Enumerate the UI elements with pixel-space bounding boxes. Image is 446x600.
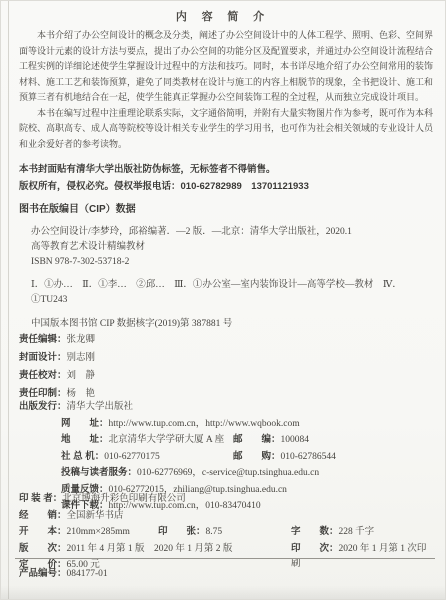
field-value: http://www.tup.com.cn，http://www.wqbook.…: [109, 419, 300, 429]
product-number-value: 084177-01: [67, 569, 108, 579]
wordcount-field: 字 数：228 千字: [291, 524, 374, 541]
field-value: 010-62770175: [104, 452, 159, 462]
product-number-label: 产品编号：: [19, 568, 67, 579]
field-label: 印 装 者：: [19, 493, 62, 504]
cip-body: 办公空间设计/李梦玲，邱裕编著．—2 版．—北京：清华大学出版社，2020.1 …: [31, 225, 433, 270]
staff-name: 杨 艳: [67, 389, 96, 399]
field-label: 社 总 机：: [61, 451, 104, 462]
staff-name: 别志刚: [67, 353, 96, 363]
distributor-row: 经 销：全国新华书店: [19, 508, 433, 525]
copyright-hotline-line: 版权所有，侵权必究。侵权举报电话：010-62782989 1370112193…: [19, 178, 433, 195]
field-value: 010-62776969，c-service@tup.tsinghua.edu.…: [137, 468, 319, 478]
field-value: 210mm×285mm: [67, 527, 130, 537]
field-label: 开 本：: [19, 526, 67, 537]
staff-name: 刘 静: [67, 371, 96, 381]
product-number-row: 产品编号：084177-01: [15, 565, 435, 579]
cip-record-number: 中国版本图书馆 CIP 数据核字(2019)第 387881 号: [31, 317, 433, 332]
cip-entry-line: 办公空间设计/李梦玲，邱裕编著．—2 版．—北京：清华大学出版社，2020.1: [31, 225, 433, 240]
postcode-field: 邮 编：100084: [233, 432, 309, 449]
sheets-field: 印 张：8.75: [158, 524, 222, 541]
field-label: 经 销：: [19, 510, 67, 521]
publisher-website-row: 网 址：http://www.tup.com.cn，http://www.wqb…: [19, 416, 433, 433]
field-value: 228 千字: [339, 527, 375, 537]
field-value: 全国新华书店: [67, 511, 124, 521]
publisher-switchboard-row: 社 总 机：010-62770175 邮 购：010-62786544: [19, 449, 433, 466]
field-label: 地 址：: [61, 434, 109, 445]
field-label: 印 张：: [158, 526, 206, 537]
format-field: 开 本：210mm×285mm: [19, 527, 130, 537]
staff-label: 责任印制：: [19, 388, 67, 399]
staff-credits: 责任编辑：张龙卿 封面设计：别志刚 责任校对：刘 静 责任印制：杨 艳: [19, 331, 433, 403]
staff-row-editor: 责任编辑：张龙卿: [19, 331, 433, 349]
staff-label: 责任校对：: [19, 370, 67, 381]
content-summary: 本书介绍了办公空间设计的概念及分类，阐述了办公空间设计中的人体工程学、照明、色彩…: [19, 28, 433, 152]
field-label: 版 次：: [19, 543, 67, 554]
divider-line: [15, 558, 435, 559]
mailorder-field: 邮 购：010-62786544: [233, 449, 336, 466]
edition-field: 版 次：2011 年 4 月第 1 版 2020 年 1 月第 2 版: [19, 544, 232, 554]
publisher-name: 清华大学出版社: [67, 402, 134, 412]
field-value: 2011 年 4 月第 1 版 2020 年 1 月第 2 版: [67, 544, 233, 554]
publisher-row: 出版发行：清华大学出版社: [19, 399, 433, 416]
scan-edge-line: [8, 1, 9, 599]
intro-paragraph-1: 本书介绍了办公空间设计的概念及分类，阐述了办公空间设计中的人体工程学、照明、色彩…: [19, 28, 433, 106]
field-value: 北京清华大学学研大厦 A 座: [109, 435, 225, 445]
field-value: 北京博海升彩色印刷有限公司: [62, 494, 186, 504]
content-summary-title: 内 容 简 介: [1, 8, 445, 24]
format-row: 开 本：210mm×285mm 印 张：8.75 字 数：228 千字: [19, 524, 433, 541]
cip-series-line: 高等教育艺术设计精编教材: [31, 240, 433, 255]
cip-classification: Ⅰ．①办… Ⅱ．①李… ②邱… Ⅲ．①办公室—室内装饰设计—高等学校—教材 Ⅳ．…: [31, 278, 433, 308]
field-value: 8.75: [206, 527, 223, 537]
staff-label: 封面设计：: [19, 352, 67, 363]
publisher-address-row: 地 址：北京清华大学学研大厦 A 座 邮 编：100084: [19, 432, 433, 449]
field-label: 印 次：: [291, 543, 339, 554]
book-copyright-page: 内 容 简 介 本书介绍了办公空间设计的概念及分类，阐述了办公空间设计中的人体工…: [0, 0, 446, 600]
printer-row: 印 装 者：北京博海升彩色印刷有限公司: [19, 491, 433, 508]
cip-data-block: 图书在版编目（CIP）数据 办公空间设计/李梦玲，邱裕编著．—2 版．—北京：清…: [19, 200, 433, 332]
field-value: 010-62786544: [281, 452, 336, 462]
field-label: 网 址：: [61, 418, 109, 429]
publisher-label: 出版发行：: [19, 401, 67, 412]
anti-piracy-notice: 本书封面贴有清华大学出版社防伪标签，无标签者不得销售。 版权所有，侵权必究。侵权…: [19, 161, 433, 195]
anti-counterfeit-line: 本书封面贴有清华大学出版社防伪标签，无标签者不得销售。: [19, 161, 433, 178]
field-value: 100084: [281, 435, 310, 445]
edition-row: 版 次：2011 年 4 月第 1 版 2020 年 1 月第 2 版 印 次：…: [19, 541, 433, 558]
intro-paragraph-2: 本书在编写过程中注重理论联系实际，文字通俗简明，并附有大量实物图片作为参考，既可…: [19, 106, 433, 153]
cip-heading: 图书在版编目（CIP）数据: [19, 200, 433, 215]
field-label: 邮 编：: [233, 434, 281, 445]
staff-row-cover-designer: 封面设计：别志刚: [19, 349, 433, 367]
publisher-reader-service-row: 投稿与读者服务：010-62776969，c-service@tup.tsing…: [19, 465, 433, 482]
field-label: 投稿与读者服务：: [61, 467, 137, 478]
field-label: 邮 购：: [233, 451, 281, 462]
footer-block: 产品编号：084177-01: [15, 558, 435, 579]
staff-row-proofreader: 责任校对：刘 静: [19, 367, 433, 385]
staff-name: 张龙卿: [67, 335, 96, 345]
cip-isbn: ISBN 978-7-302-53718-2: [31, 255, 433, 270]
staff-label: 责任编辑：: [19, 334, 67, 345]
field-label: 字 数：: [291, 526, 339, 537]
